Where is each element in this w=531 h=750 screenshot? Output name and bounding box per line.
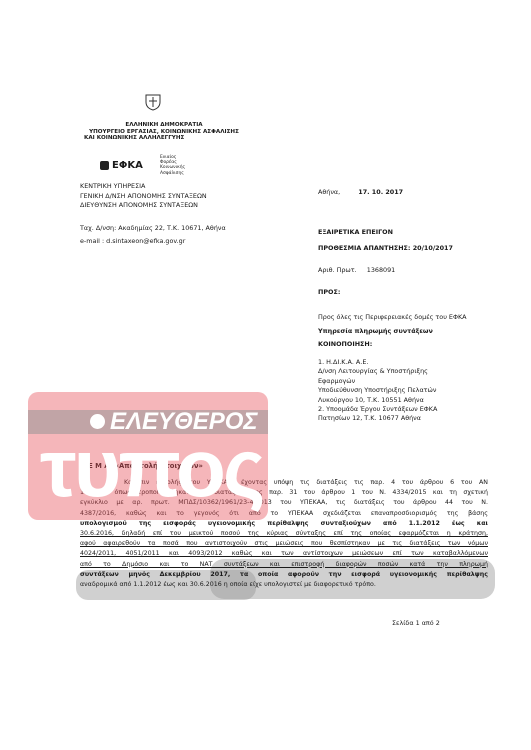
dept-line: ΓΕΝΙΚΗ Δ/ΝΣΗ ΑΠΟΝΟΜΗΣ ΣΥΝΤΑΞΕΩΝ: [80, 192, 207, 202]
efka-logo-icon: [100, 161, 109, 170]
recipient-line: Προς όλες τις Περιφερειακές δομές του ΕΦ…: [318, 310, 467, 324]
contact-block: Ταχ. Δ/νση: Ακαδημίας 22, Τ.Κ. 10671, Αθ…: [80, 222, 226, 248]
place: Αθήνα,: [318, 188, 340, 196]
cc-label: ΚΟΙΝΟΠΟΙΗΣΗ:: [318, 340, 372, 348]
issuer-heading: ΕΛΛΗΝΙΚΗ ΔΗΜΟΚΡΑΤΙΑ ΥΠΟΥΡΓΕΙΟ ΕΡΓΑΣΙΑΣ, …: [84, 122, 244, 142]
watermark-logo-text: τυπος: [40, 424, 263, 514]
page-number: Σελίδα 1 από 2: [392, 619, 440, 627]
cc-line: 2. Υποομάδα Έργου Συντάξεων ΕΦΚΑ: [318, 405, 437, 414]
cc-line: Δ/νση Λειτουργίας & Υποστήριξης: [318, 367, 437, 376]
cc-line: 1. Η.ΔΙ.Κ.Α. Α.Ε.: [318, 358, 437, 367]
date-line: Αθήνα, 17. 10. 2017: [318, 188, 403, 196]
postal-address: Ταχ. Δ/νση: Ακαδημίας 22, Τ.Κ. 10671, Αθ…: [80, 222, 226, 235]
state-emblem-icon: [142, 92, 164, 112]
date: 17. 10. 2017: [358, 188, 403, 196]
recipient-label: ΠΡΟΣ:: [318, 288, 340, 296]
cc-line: Λυκούργου 10, Τ.Κ. 10551 Αθήνα: [318, 396, 437, 405]
cc-block: 1. Η.ΔΙ.Κ.Α. Α.Ε. Δ/νση Λειτουργίας & Υπ…: [318, 358, 437, 424]
cc-line: Εφαρμογών: [318, 377, 437, 386]
efka-logo: ΕΦΚΑ: [100, 160, 143, 171]
email-address[interactable]: e-mail : d.sintaxeon@efka.gov.gr: [80, 235, 226, 248]
urgency-label: ΕΞΑΙΡΕΤΙΚΑ ΕΠΕΙΓΟΝ: [318, 228, 393, 236]
recipient-line: Υπηρεσία πληρωμής συντάξεων: [318, 324, 467, 338]
state-name: ΕΛΛΗΝΙΚΗ ΔΗΜΟΚΡΑΤΙΑ: [84, 122, 244, 129]
protocol-number: Αριθ. Πρωτ. 1368091: [318, 266, 395, 274]
dept-line: ΔΙΕΥΘΥΝΣΗ ΑΠΟΝΟΜΗΣ ΣΥΝΤΑΞΕΩΝ: [80, 201, 207, 211]
ministry-name-cont: ΚΑΙ ΚΟΙΝΩΝΙΚΗΣ ΑΛΛΗΛΕΓΓΥΗΣ: [84, 135, 244, 142]
cc-line: Υποδιεύθυνση Υποστήριξης Πελατών: [318, 386, 437, 395]
department-block: ΚΕΝΤΡΙΚΗ ΥΠΗΡΕΣΙΑ ΓΕΝΙΚΗ Δ/ΝΣΗ ΑΠΟΝΟΜΗΣ …: [80, 182, 207, 211]
newspaper-watermark: ΕΛΕΥΘΕΡΟΣ τυπος: [28, 392, 268, 520]
recipient-block: Προς όλες τις Περιφερειακές δομές του ΕΦ…: [318, 310, 467, 338]
cc-line: Πατησίων 12, Τ.Κ. 10677 Αθήνα: [318, 414, 437, 423]
ministry-name: ΥΠΟΥΡΓΕΙΟ ΕΡΓΑΣΙΑΣ, ΚΟΙΝΩΝΙΚΗΣ ΑΣΦΑΛΙΣΗΣ: [84, 129, 244, 136]
response-deadline: ΠΡΟΘΕΣΜΙΑ ΑΠΑΝΤΗΣΗΣ: 20/10/2017: [318, 244, 453, 252]
efka-subtitle: Ενιαίος Φορέας Κοινωνικής Ασφάλισης: [160, 155, 200, 176]
dept-line: ΚΕΝΤΡΙΚΗ ΥΠΗΡΕΣΙΑ: [80, 182, 207, 192]
